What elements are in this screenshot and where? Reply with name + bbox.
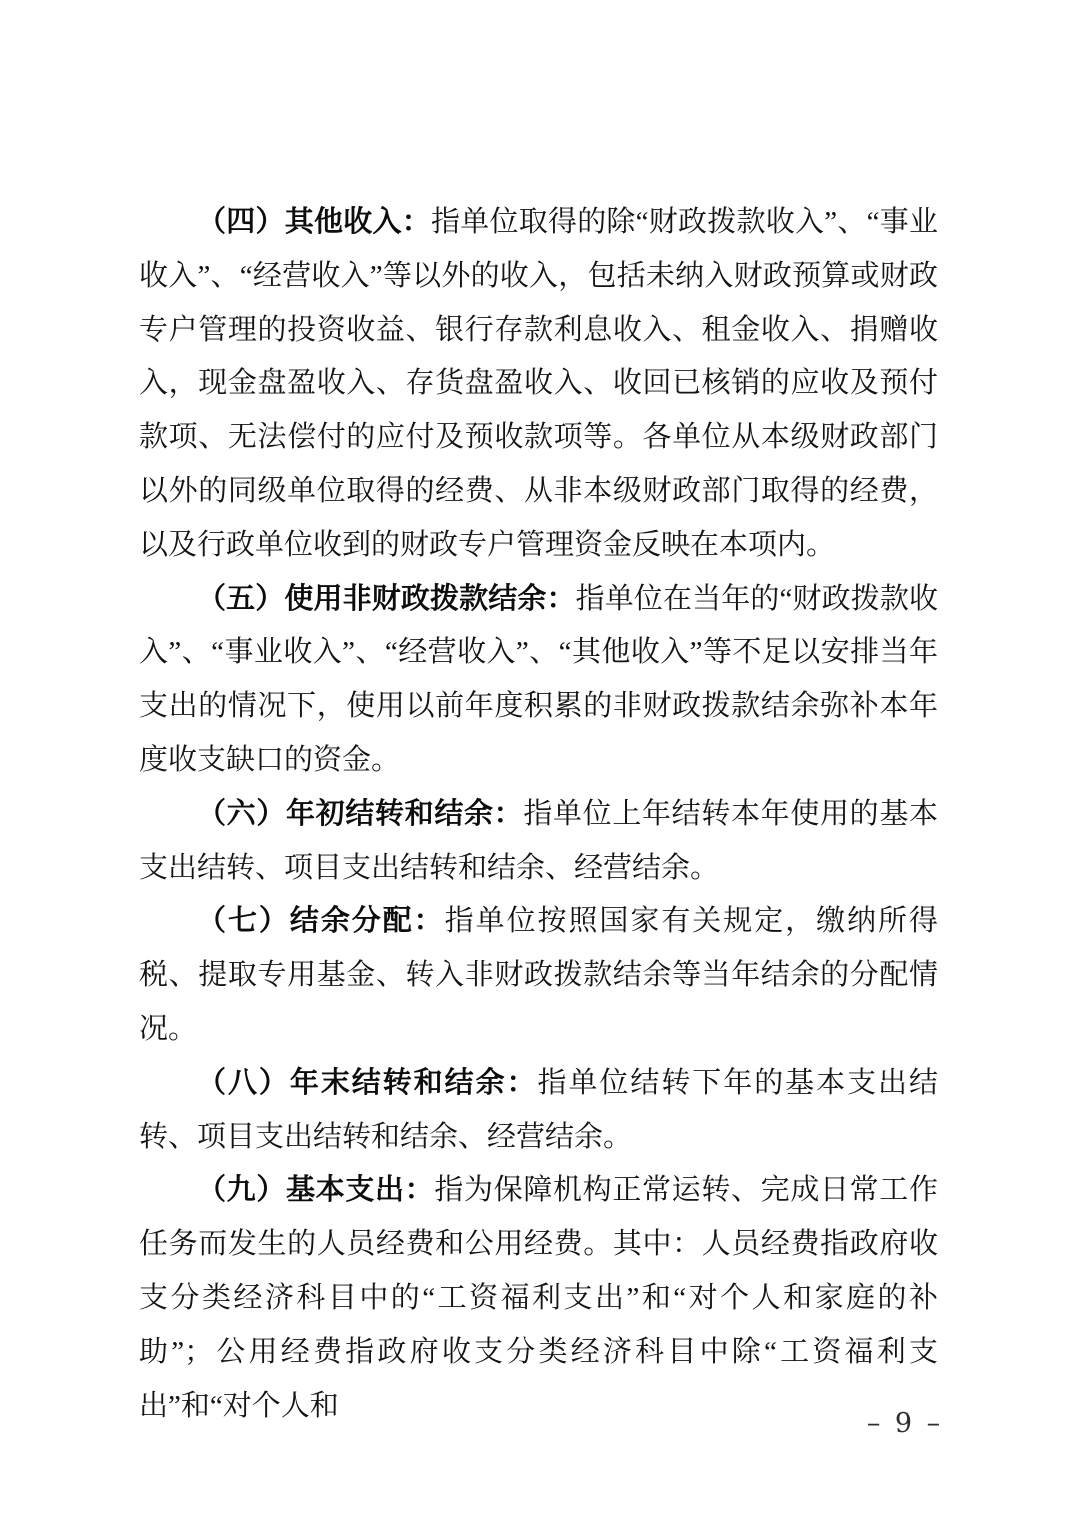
paragraph-basic-expenditure: （九）基本支出：指为保障机构正常运转、完成日常工作任务而发生的人员经费和公用经费…: [139, 1164, 938, 1433]
term-label: （五）使用非财政拨款结余：: [197, 583, 576, 615]
paragraph-other-income: （四）其他收入：指单位取得的除“财政拨款收入”、“事业收入”、“经营收入”等以外…: [139, 196, 938, 573]
paragraph-use-non-fiscal-balance: （五）使用非财政拨款结余：指单位在当年的“财政拨款收入”、“事业收入”、“经营收…: [139, 573, 938, 788]
term-label: （八）年末结转和结余：: [197, 1067, 538, 1099]
paragraph-balance-distribution: （七）结余分配：指单位按照国家有关规定，缴纳所得税、提取专用基金、转入非财政拨款…: [139, 895, 938, 1056]
paragraph-text: 指单位取得的除“财政拨款收入”、“事业收入”、“经营收入”等以外的收入，包括未纳…: [139, 206, 938, 561]
paragraph-text: 指为保障机构正常运转、完成日常工作任务而发生的人员经费和公用经费。其中：人员经费…: [139, 1174, 938, 1421]
paragraph-year-end-balance: （八）年末结转和结余：指单位结转下年的基本支出结转、项目支出结转和结余、经营结余…: [139, 1057, 938, 1165]
term-label: （九）基本支出：: [197, 1174, 434, 1206]
term-label: （七）结余分配：: [197, 905, 445, 937]
page-number: – 9 –: [855, 1408, 955, 1439]
document-body: （四）其他收入：指单位取得的除“财政拨款收入”、“事业收入”、“经营收入”等以外…: [139, 196, 938, 1433]
paragraph-beginning-year-balance: （六）年初结转和结余：指单位上年结转本年使用的基本支出结转、项目支出结转和结余、…: [139, 788, 938, 896]
document-page: （四）其他收入：指单位取得的除“财政拨款收入”、“事业收入”、“经营收入”等以外…: [0, 0, 1076, 1519]
term-label: （六）年初结转和结余：: [197, 798, 523, 830]
term-label: （四）其他收入：: [197, 206, 431, 238]
